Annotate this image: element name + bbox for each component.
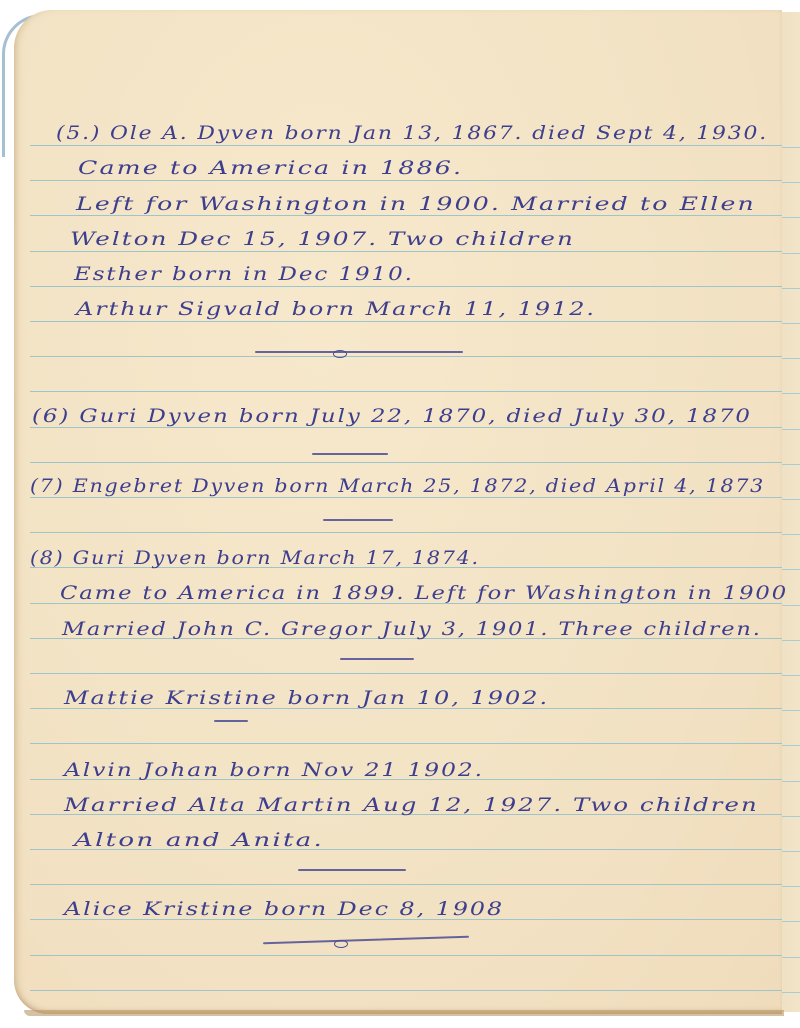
entry-7-line-1: (7) Engebret Dyven born March 25, 1872, … [30, 475, 765, 497]
entry-8-line-2: Came to America in 1899. Left for Washin… [60, 582, 788, 604]
next-page-rule-line [782, 429, 800, 430]
next-page-rule-line [782, 147, 800, 148]
rule-line [30, 215, 782, 216]
rule-line [30, 673, 782, 674]
divider [323, 519, 393, 521]
page-bottom-edge [24, 1010, 784, 1016]
entry-6-line-1: (6) Guri Dyven born July 22, 1870, died … [32, 405, 752, 427]
next-page-rule-line [782, 358, 800, 359]
next-page-rule-line [782, 886, 800, 887]
child-line-mattie: Mattie Kristine born Jan 10, 1902. [64, 687, 549, 709]
divider [312, 453, 388, 455]
child-line-alvin: Alvin Johan born Nov 21 1902. [64, 759, 484, 781]
entry-5-line-4: Welton Dec 15, 1907. Two children [70, 228, 575, 250]
rule-line [30, 391, 782, 392]
rule-line [30, 356, 782, 357]
rule-line [30, 990, 782, 991]
next-page-rule-line [782, 992, 800, 993]
entry-5-line-2: Came to America in 1886. [78, 157, 463, 179]
next-page-rule-line [782, 182, 800, 183]
next-page-rule-line [782, 217, 800, 218]
entry-5-line-6: Arthur Sigvald born March 11, 1912. [76, 298, 596, 320]
next-page-rule-line [782, 781, 800, 782]
divider [214, 720, 248, 722]
next-page-rule-line [782, 464, 800, 465]
next-page-rule-line [782, 253, 800, 254]
rule-line [30, 532, 782, 533]
next-page-rule-line [782, 675, 800, 676]
rule-line [30, 145, 782, 146]
next-page-rule-line [782, 323, 800, 324]
next-page-rule-line [782, 288, 800, 289]
entry-8-line-1: (8) Guri Dyven born March 17, 1874. [30, 547, 480, 569]
next-page-rule-line [782, 957, 800, 958]
next-page-rule-line [782, 534, 800, 535]
next-page-rule-line [782, 816, 800, 817]
entry-5-line-5: Esther born in Dec 1910. [74, 263, 414, 285]
next-page-rule-line [782, 605, 800, 606]
entry-8-line-3: Married John C. Gregor July 3, 1901. Thr… [62, 618, 762, 640]
rule-line [30, 286, 782, 287]
next-page-rule-line [782, 393, 800, 394]
rule-line [30, 884, 782, 885]
next-page-rule-line [782, 745, 800, 746]
entry-5-line-1: (5.) Ole A. Dyven born Jan 13, 1867. die… [56, 122, 768, 144]
divider [340, 658, 414, 660]
next-page-rule-line [782, 640, 800, 641]
rule-line [30, 321, 782, 322]
child-line-alvin-children: Alton and Anita. [74, 829, 324, 851]
flourish-loop-icon [334, 940, 348, 948]
next-page-rule-line [782, 921, 800, 922]
next-page-rule-line [782, 851, 800, 852]
rule-line [30, 743, 782, 744]
child-line-alice: Alice Kristine born Dec 8, 1908 [64, 898, 504, 920]
next-page-rule-line [782, 499, 800, 500]
flourish-loop-icon [333, 350, 347, 358]
entry-5-line-3: Left for Washington in 1900. Married to … [76, 193, 756, 215]
next-page-rule-line [782, 710, 800, 711]
rule-line [30, 955, 782, 956]
rule-line [30, 180, 782, 181]
rule-line [30, 462, 782, 463]
next-page-rule-line [782, 569, 800, 570]
rule-line [30, 251, 782, 252]
divider [298, 869, 406, 871]
flourish-divider [255, 351, 463, 353]
rule-line [30, 497, 782, 498]
child-line-alvin-marriage: Married Alta Martin Aug 12, 1927. Two ch… [64, 794, 759, 816]
